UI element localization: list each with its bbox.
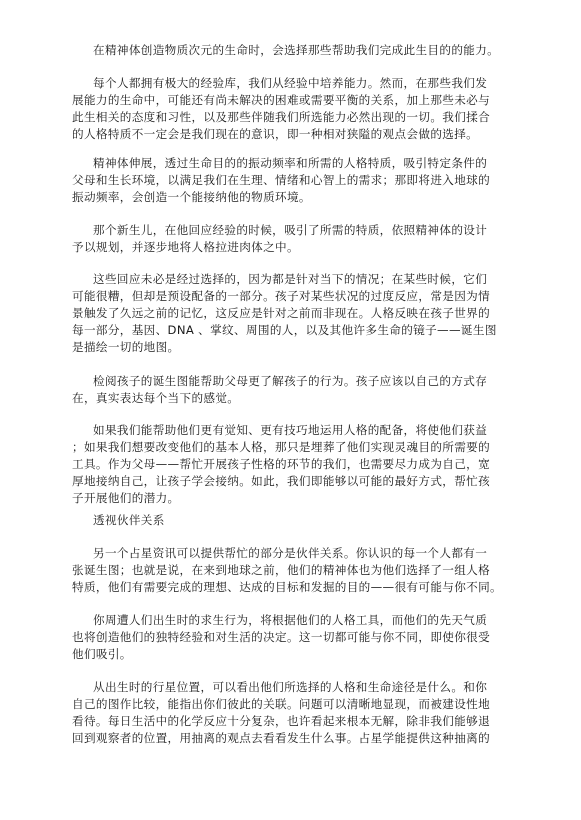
- text-line: 景触发了久远之前的记忆，这反应是针对之前而非现在。人格反映在孩子世界的: [72, 305, 462, 322]
- text-line: 如果我们能帮助他们更有觉知、更有技巧地运用人格的配备，将使他们获益: [72, 422, 462, 439]
- paragraph: 另一个占星资讯可以提供帮忙的部分是伙伴关系。你认识的每一个人都有一 张诞生图；也…: [72, 545, 462, 596]
- text-line: 是描绘一切的地图。: [72, 339, 462, 356]
- text-line: 在精神体创造物质次元的生命时，会选择那些帮助我们完成此生目的的能力。: [72, 42, 462, 59]
- text-line: 回到观察者的位置，用抽离的观点去看看发生什么事。占星学能提供这种抽离的: [72, 730, 462, 747]
- text-line: 在，真实表达每个当下的感觉。: [72, 390, 462, 407]
- text-line: 的人格特质不一定会是我们现在的意识，即一种相对狭隘的观点会做的选择。: [72, 126, 462, 143]
- paragraph: 这些回应未必是经过选择的，因为都是针对当下的情况；在某些时候，它们 可能很糟，但…: [72, 271, 462, 355]
- section-heading: 透视伙伴关系: [93, 512, 165, 529]
- text-line: 这些回应未必是经过选择的，因为都是针对当下的情况；在某些时候，它们: [72, 271, 462, 288]
- text-line: 另一个占星资讯可以提供帮忙的部分是伙伴关系。你认识的每一个人都有一: [72, 545, 462, 562]
- text-line: 展能力的生命中，可能还有尚未解决的困难或需要平衡的关系，加上那些未必与: [72, 92, 462, 109]
- text-line: 张诞生图；也就是说，在来到地球之前，他们的精神体也为他们选择了一组人格: [72, 562, 462, 579]
- text-line: 特质，他们有需要完成的理想、达成的目标和发掘的目的——很有可能与你不同。: [72, 579, 462, 596]
- text-line: 工具。作为父母——帮忙开展孩子性格的环节的我们，也需要尽力成为自己，宽: [72, 456, 462, 473]
- text-line: 自己的图作比较，能指出你们彼此的关联。问题可以清晰地显现，而被建设性地: [72, 696, 462, 713]
- text-line: 此生相关的态度和习性，以及那些伴随我们所选能力必然出现的一切。我们揉合: [72, 109, 462, 126]
- text-line: 那个新生儿，在他回应经验的时候，吸引了所需的特质，依照精神体的设计: [72, 222, 462, 239]
- text-line: 可能很糟，但却是预设配备的一部分。孩子对某些状况的过度反应，常是因为情: [72, 288, 462, 305]
- paragraph: 你周遭人们出生时的求生行为，将根据他们的人格工具，而他们的先天气质 也将创造他们…: [72, 612, 462, 663]
- paragraph: 那个新生儿，在他回应经验的时候，吸引了所需的特质，依照精神体的设计 予以规划，并…: [72, 222, 462, 256]
- paragraph: 在精神体创造物质次元的生命时，会选择那些帮助我们完成此生目的的能力。: [72, 42, 462, 59]
- text-line: 检阅孩子的诞生图能帮助父母更了解孩子的行为。孩子应该以自己的方式存: [72, 373, 462, 390]
- text-line: ；如果我们想要改变他们的基本人格，那只是埋葬了他们实现灵魂目的所需要的: [72, 439, 462, 456]
- text-line: 每一部分，基因、DNA 、掌纹、周围的人，以及其他许多生命的镜子——诞生图: [72, 322, 462, 339]
- text-line: 厚地接纳自己，让孩子学会接纳。如此，我们即能够以可能的最好方式，帮忙孩: [72, 473, 462, 490]
- text-line: 看待。每日生活中的化学反应十分复杂，也许看起来根本无解，除非我们能够退: [72, 713, 462, 730]
- text-line: 从出生时的行星位置，可以看出他们所选择的人格和生命途径是什么。和你: [72, 679, 462, 696]
- paragraph: 检阅孩子的诞生图能帮助父母更了解孩子的行为。孩子应该以自己的方式存 在，真实表达…: [72, 373, 462, 407]
- paragraph: 从出生时的行星位置，可以看出他们所选择的人格和生命途径是什么。和你 自己的图作比…: [72, 679, 462, 747]
- paragraph: 精神体伸展，透过生命目的的振动频率和所需的人格特质，吸引特定条件的 父母和生长环…: [72, 155, 462, 206]
- document-page: 在精神体创造物质次元的生命时，会选择那些帮助我们完成此生目的的能力。 每个人都拥…: [0, 0, 581, 820]
- text-line: 予以规划，并逐步地将人格拉进肉体之中。: [72, 239, 462, 256]
- text-line: 每个人都拥有极大的经验库，我们从经验中培养能力。然而，在那些我们发: [72, 75, 462, 92]
- text-line: 也将创造他们的独特经验和对生活的决定。这一切都可能与你不同，即使你很受: [72, 629, 462, 646]
- text-line: 精神体伸展，透过生命目的的振动频率和所需的人格特质，吸引特定条件的: [72, 155, 462, 172]
- text-line: 振动频率，会创造一个能接纳他的物质环境。: [72, 189, 462, 206]
- paragraph: 每个人都拥有极大的经验库，我们从经验中培养能力。然而，在那些我们发 展能力的生命…: [72, 75, 462, 143]
- text-line: 他们吸引。: [72, 646, 462, 663]
- paragraph: 如果我们能帮助他们更有觉知、更有技巧地运用人格的配备，将使他们获益 ；如果我们想…: [72, 422, 462, 506]
- text-line: 父母和生长环境，以满足我们在生理、情绪和心智上的需求；那即将进入地球的: [72, 172, 462, 189]
- text-line: 子开展他们的潜力。: [72, 490, 462, 507]
- text-line: 你周遭人们出生时的求生行为，将根据他们的人格工具，而他们的先天气质: [72, 612, 462, 629]
